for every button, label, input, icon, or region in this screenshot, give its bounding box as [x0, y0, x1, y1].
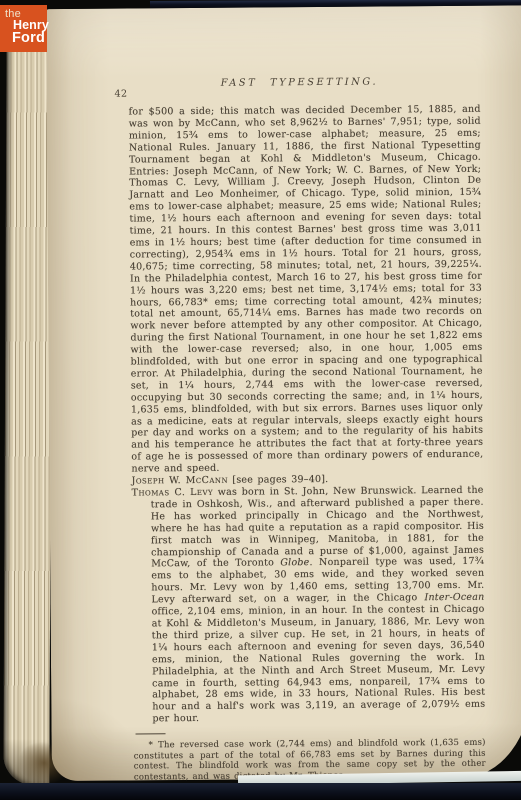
- page-number: 42: [114, 89, 127, 100]
- text-run: [see pages 39–40].: [228, 474, 328, 486]
- publication-name: Inter-Ocean: [424, 592, 484, 603]
- publication-name: Globe: [280, 558, 309, 569]
- paragraph: for $500 a side; this match was decided …: [129, 104, 484, 476]
- footnote-separator: [136, 733, 166, 734]
- person-name: Joseph W. McCann: [132, 475, 229, 487]
- henry-ford-watermark: the Henry Ford: [0, 5, 47, 52]
- text-run: for $500 a side; this match was decided …: [129, 104, 484, 475]
- running-header: FAST TYPESETTING.: [128, 76, 470, 90]
- book-page-edges: [3, 13, 52, 785]
- paragraph: Thomas C. Levy was born in St. John, New…: [132, 485, 486, 726]
- text-run: office, 2,104 ems, minion, in an hour. I…: [152, 604, 486, 725]
- book-page: 42 FAST TYPESETTING. for $500 a side; th…: [46, 5, 521, 781]
- book-cover-bottom-edge: [0, 783, 521, 800]
- watermark-ford: Ford: [12, 30, 45, 46]
- page-header: 42 FAST TYPESETTING.: [128, 76, 480, 107]
- page-content: 42 FAST TYPESETTING. for $500 a side; th…: [128, 76, 486, 783]
- person-name: Thomas C. Levy: [132, 487, 214, 499]
- photo-background: 42 FAST TYPESETTING. for $500 a side; th…: [0, 0, 521, 800]
- page-body: for $500 a side; this match was decided …: [129, 104, 486, 726]
